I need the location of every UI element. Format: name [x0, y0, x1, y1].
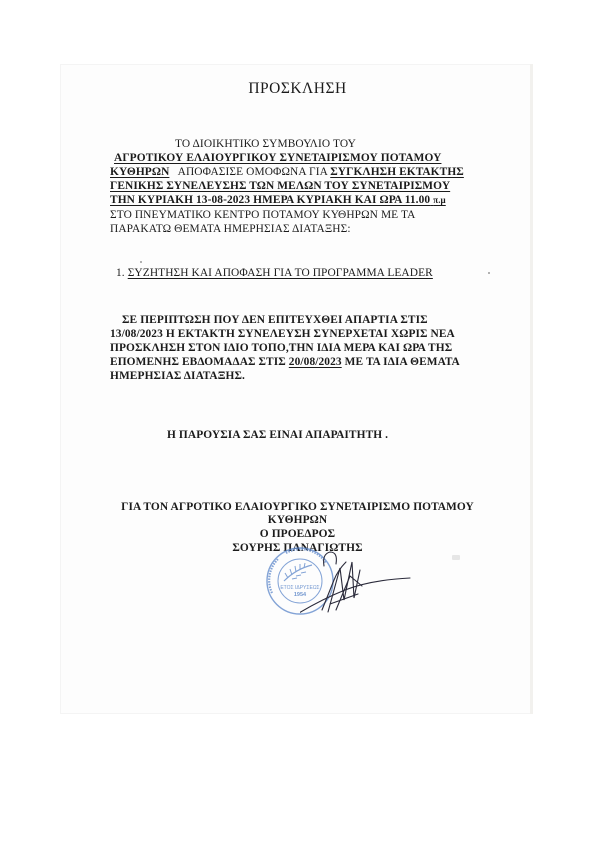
quorum-line-1: ΣΕ ΠΕΡΙΠΤΩΣΗ ΠΟΥ ΔΕΝ ΕΠΙΤΕΥΧΘΕΙ ΑΠΑΡΤΙΑ … [122, 313, 428, 327]
intro-line-6: ΣΤΟ ΠΝΕΥΜΑΤΙΚΟ ΚΕΝΤΡΟ ΠΟΤΑΜΟΥ ΚΥΘΗΡΩΝ ΜΕ… [110, 208, 415, 222]
quorum-line-3: ΠΡΟΣΚΛΗΣΗ ΣΤΟΝ ΙΔΙΟ ΤΟΠΟ,ΤΗΝ ΙΔΙΑ ΜΕΡΑ Κ… [110, 341, 452, 355]
agenda-text: ΣΥΖΗΤΗΣΗ ΚΑΙ ΑΠΟΦΑΣΗ ΓΙΑ ΤΟ ΠΡΟΓΡΑΜΜΑ LE… [128, 267, 433, 279]
next-week-text: ΕΠΟΜΕΝΗΣ ΕΒΔΟΜΑΔΑΣ ΣΤΙΣ [110, 356, 286, 368]
intro-line-7: ΠΑΡΑΚΑΤΩ ΘΕΜΑΤΑ ΗΜΕΡΗΣΙΑΣ ΔΙΑΤΑΞΗΣ: [110, 222, 351, 236]
agenda-item: 1. ΣΥΖΗΤΗΣΗ ΚΑΙ ΑΠΟΦΑΣΗ ΓΙΑ ΤΟ ΠΡΟΓΡΑΜΜΑ… [116, 266, 433, 280]
signature-org-line-1: ΓΙΑ ΤΟΝ ΑΓΡΟΤΙΚΟ ΕΛΑΙΟΥΡΓΙΚΟ ΣΥΝΕΤΑΙΡΙΣΜ… [0, 500, 595, 514]
quorum-line-2: 13/08/2023 Η ΕΚΤΑΚΤΗ ΣΥΝΕΛΕΥΣΗ ΣΥΝΕΡΧΕΤΑ… [110, 327, 455, 341]
handwritten-signature [300, 540, 420, 620]
intro-line-5: ΤΗΝ ΚΥΡΙΑΚΗ 13-08-2023 ΗΜΕΡΑ ΚΥΡΙΑΚΗ ΚΑΙ… [110, 193, 446, 207]
decision-text: ΑΠΟΦΑΣΙΣΕ ΟΜΟΦΩΝΑ ΓΙΑ [178, 166, 328, 178]
intro-line-3: ΚΥΘΗΡΩΝ ΑΠΟΦΑΣΙΣΕ ΟΜΟΦΩΝΑ ΓΙΑ ΣΥΓΚΛΗΣΗ Ε… [110, 165, 464, 179]
extraordinary-meeting: ΣΥΓΚΛΗΣΗ ΕΚΤΑΚΤΗΣ [330, 166, 464, 178]
signature-role: Ο ΠΡΟΕΔΡΟΣ [0, 527, 595, 541]
scan-speck [488, 272, 490, 274]
intro-line-1: ΤΟ ΔΙΟΙΚΗΤΙΚΟ ΣΥΜΒΟΥΛΙΟ ΤΟΥ [175, 137, 356, 151]
quorum-line-5: ΗΜΕΡΗΣΙΑΣ ΔΙΑΤΑΞΗΣ. [110, 369, 245, 383]
signature-org-line-2: ΚΥΘΗΡΩΝ [0, 513, 595, 527]
scan-smudge [452, 555, 460, 560]
scan-speck [140, 261, 142, 263]
intro-line-2: ΑΓΡΟΤΙΚΟΥ ΕΛΑΙΟΥΡΓΙΚΟΥ ΣΥΝΕΤΑΙΡΙΣΜΟΥ ΠΟΤ… [114, 151, 441, 165]
same-agenda-text: ΜΕ ΤΑ ΙΔΙΑ ΘΕΜΑΤΑ [345, 356, 460, 368]
quorum-line-4: ΕΠΟΜΕΝΗΣ ΕΒΔΟΜΑΔΑΣ ΣΤΙΣ 20/08/2023 ΜΕ ΤΑ… [110, 355, 460, 369]
agenda-number: 1. [116, 267, 125, 279]
org-location: ΚΥΘΗΡΩΝ [110, 166, 169, 178]
document-title: ΠΡΟΣΚΛΗΣΗ [0, 80, 595, 98]
time-suffix: π.μ [433, 195, 446, 205]
intro-line-4: ΓΕΝΙΚΗΣ ΣΥΝΕΛΕΥΣΗΣ ΤΩΝ ΜΕΛΩΝ ΤΟΥ ΣΥΝΕΤΑΙ… [110, 179, 450, 193]
repeat-date: 20/08/2023 [289, 356, 342, 368]
page-edge-shadow [530, 64, 533, 714]
attendance-note: Η ΠΑΡΟΥΣΙΑ ΣΑΣ ΕΙΝΑΙ ΑΠΑΡΑΙΤΗΤΗ . [167, 428, 388, 442]
meeting-datetime: ΤΗΝ ΚΥΡΙΑΚΗ 13-08-2023 ΗΜΕΡΑ ΚΥΡΙΑΚΗ ΚΑΙ… [110, 194, 430, 206]
